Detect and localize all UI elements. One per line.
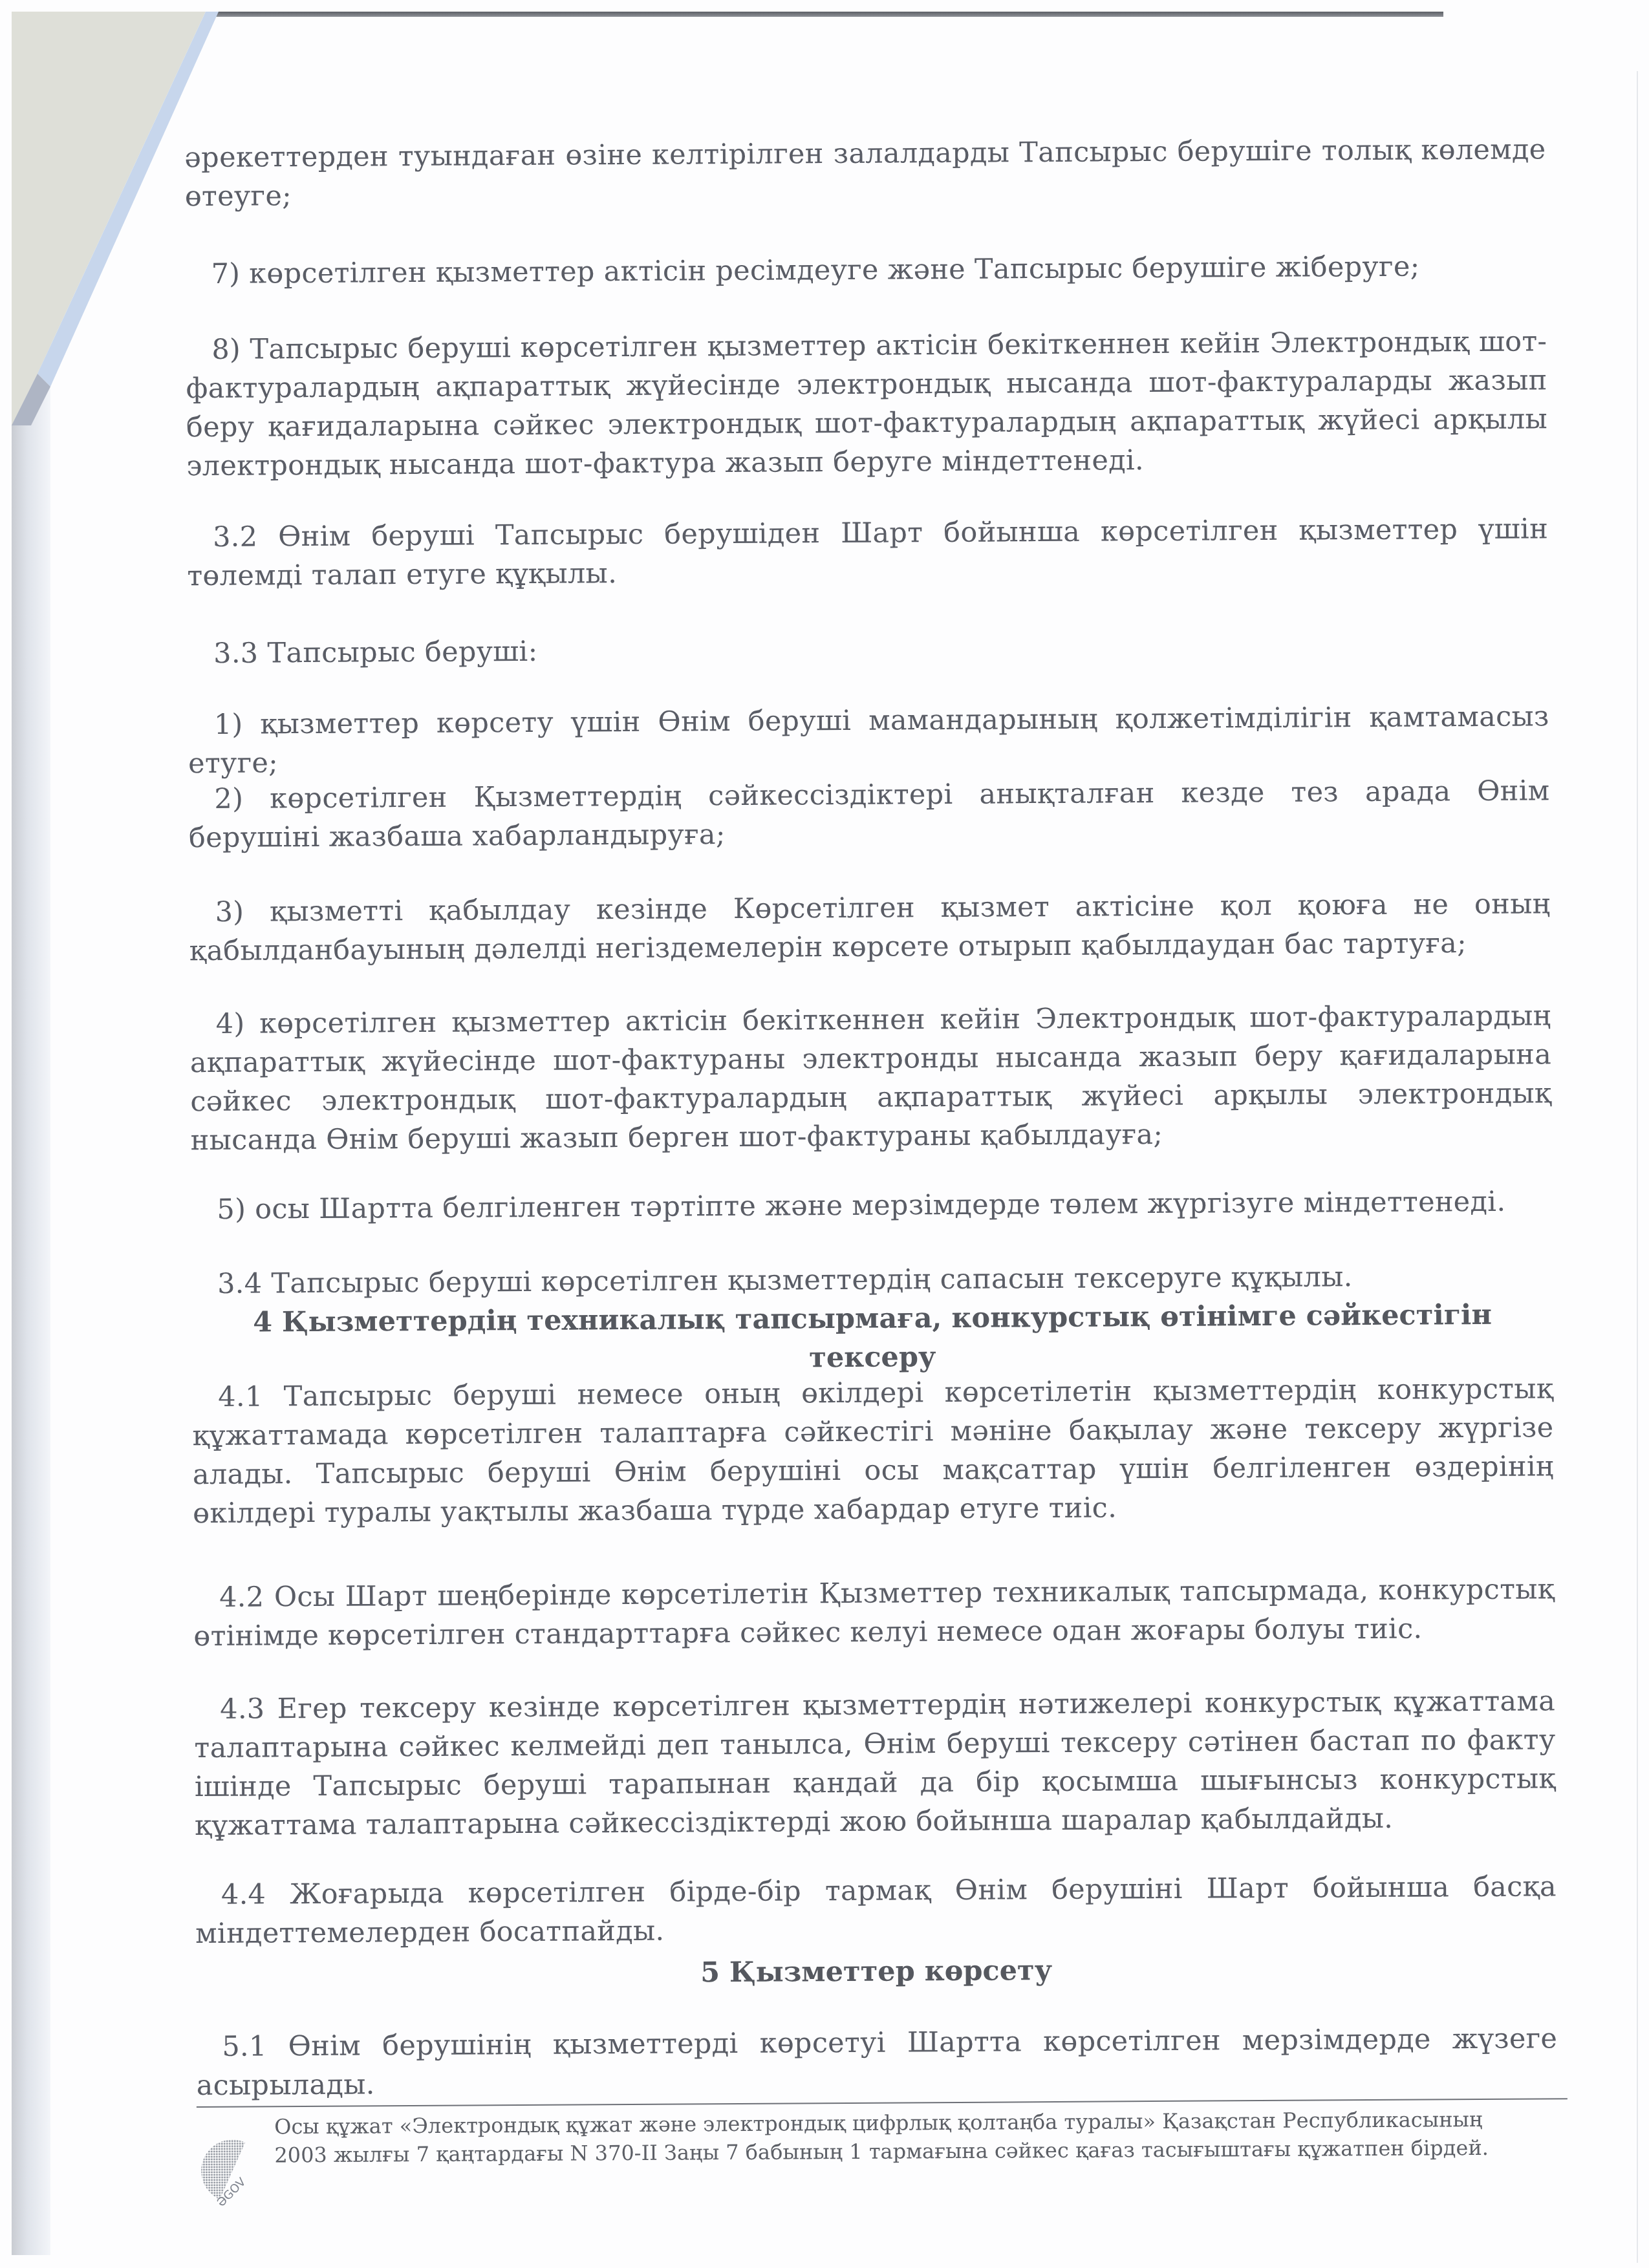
paragraph-3-1-7: 7) көрсетілген қызметтер актісін ресімде… [185, 246, 1546, 294]
document-page: әрекеттерден туындаған өзіне келтірілген… [0, 0, 1649, 2268]
paragraph-5-1: 5.1 Өнім берушінің қызметтерді көрсетуі … [196, 2019, 1558, 2105]
paragraph-3-3-4: 4) көрсетілген қызметтер актісін бекітке… [189, 996, 1551, 1160]
paragraph-3-1-8: 8) Тапсырыс беруші көрсетілген қызметтер… [186, 322, 1547, 486]
paragraph-3-2: 3.2 Өнім беруші Тапсырыс берушіден Шарт … [187, 509, 1549, 595]
paragraph-3-3-1: 1) қызметтер көрсету үшін Өнім беруші ма… [188, 697, 1550, 783]
paragraph-continuation: әрекеттерден туындаған өзіне келтірілген… [184, 130, 1546, 216]
paragraph-4-3: 4.3 Егер тексеру кезінде көрсетілген қыз… [194, 1682, 1556, 1845]
paragraph-4-1: 4.1 Тапсырыс беруші немесе оның өкілдері… [192, 1369, 1554, 1533]
section-4-heading: 4 Қызметтердің техникалық тапсырмаға, ко… [191, 1295, 1553, 1381]
e-gov-logo-icon: ƏGOV [200, 2137, 265, 2209]
section-5-heading: 5 Қызметтер көрсету [195, 1948, 1557, 1995]
paragraph-4-2: 4.2 Осы Шарт шеңберінде көрсетілетін Қыз… [193, 1570, 1555, 1656]
paragraph-3-3-5: 5) осы Шартта белгіленген тәртіпте және … [191, 1182, 1552, 1229]
paragraph-3-3-2: 2) көрсетілген Қызметтердің сәйкессіздік… [188, 771, 1550, 857]
paragraph-4-4: 4.4 Жоғарыда көрсетілген бірде-бір тарма… [195, 1867, 1557, 1953]
paragraph-3-3-3: 3) қызметті қабылдау кезінде Көрсетілген… [189, 884, 1551, 970]
paragraph-3-3: 3.3 Тапсырыс беруші: [188, 626, 1549, 673]
footer-e-document-notice: Осы құжат «Электрондық құжат және электр… [274, 2105, 1503, 2170]
